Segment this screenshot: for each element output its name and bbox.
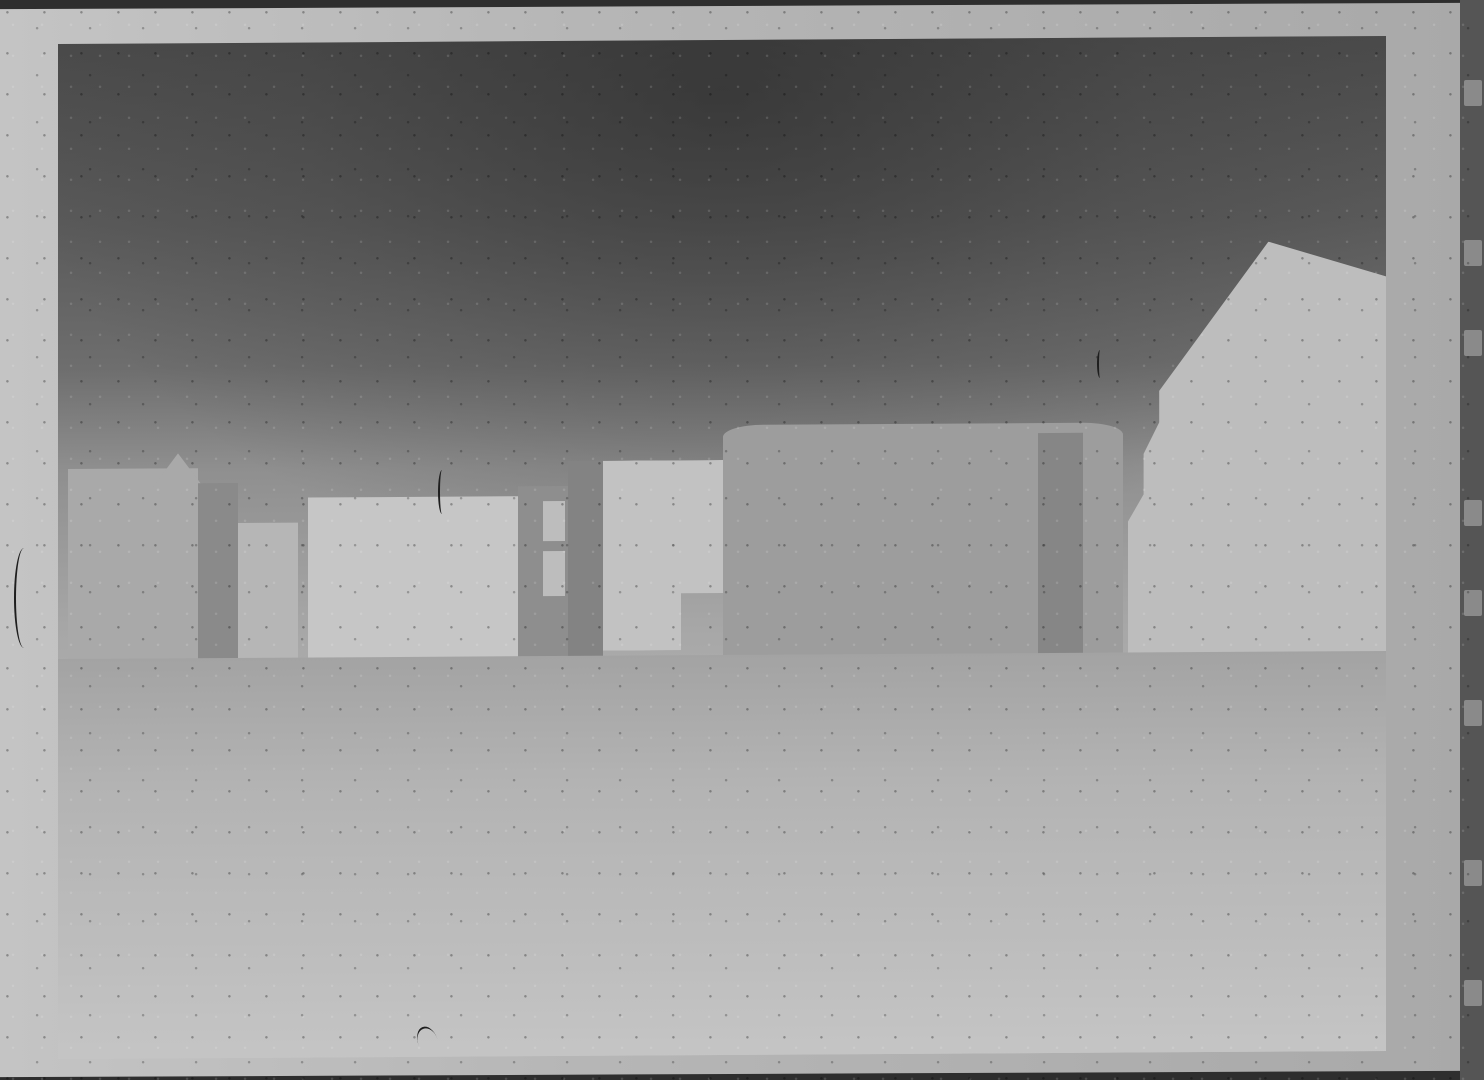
sprocket-hole — [1464, 590, 1482, 616]
sprocket-hole — [1464, 700, 1482, 726]
sprocket-hole — [1464, 980, 1482, 1006]
center-dark-gap — [568, 461, 603, 666]
center-window — [543, 501, 565, 541]
left-dark-pillar — [198, 483, 238, 668]
dust-scratch — [1097, 350, 1103, 378]
sprocket-hole — [1464, 80, 1482, 106]
dust-scratch — [438, 470, 446, 514]
dust-scratch — [14, 548, 34, 648]
left-low-building — [68, 468, 198, 669]
negative-frame — [58, 36, 1386, 1059]
left-lit-wall — [238, 523, 298, 668]
film-sprocket-strip — [1460, 0, 1484, 1080]
center-window — [543, 551, 565, 596]
right-dark-pillar — [1038, 433, 1083, 673]
sprocket-hole — [1464, 860, 1482, 886]
center-left-bright-block — [308, 496, 518, 667]
sprocket-hole — [1464, 500, 1482, 526]
foggy-ground — [58, 651, 1386, 1059]
sprocket-hole — [1464, 240, 1482, 266]
center-bright-block — [603, 460, 723, 651]
sprocket-hole — [1464, 330, 1482, 356]
